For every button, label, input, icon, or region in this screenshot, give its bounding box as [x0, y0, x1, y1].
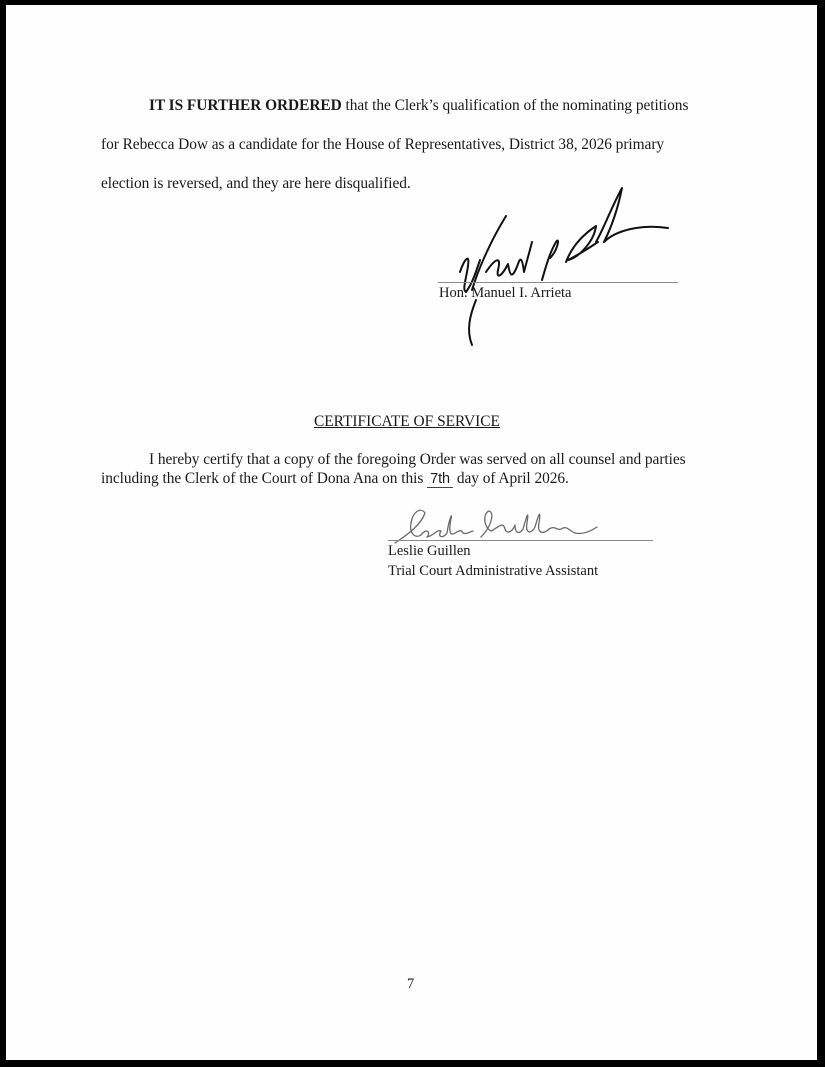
page-number: 7 — [407, 976, 414, 993]
certificate-line-1: I hereby certify that a copy of the fore… — [149, 451, 686, 469]
certificate-line-2: including the Clerk of the Court of Dona… — [101, 470, 569, 488]
order-line-3: election is reversed, and they are here … — [101, 175, 411, 193]
service-day-field: 7th — [427, 472, 453, 488]
order-line-2: for Rebecca Dow as a candidate for the H… — [101, 136, 664, 154]
certificate-heading: CERTIFICATE OF SERVICE — [314, 413, 500, 431]
clerk-name: Leslie Guillen — [388, 543, 471, 560]
certificate-line-2-post: day of April 2026. — [453, 470, 569, 487]
judge-name: Hon. Manuel I. Arrieta — [439, 285, 571, 302]
order-line-1-text: that the Clerk’s qualification of the no… — [342, 97, 689, 114]
certificate-line-2-pre: including the Clerk of the Court of Dona… — [101, 470, 427, 487]
order-line-1: IT IS FURTHER ORDERED that the Clerk’s q… — [149, 97, 688, 115]
order-lead-bold: IT IS FURTHER ORDERED — [149, 97, 342, 114]
judge-signature-icon — [446, 180, 706, 350]
clerk-title: Trial Court Administrative Assistant — [388, 563, 598, 580]
document-page: IT IS FURTHER ORDERED that the Clerk’s q… — [6, 5, 817, 1060]
judge-signature-line — [438, 282, 678, 283]
clerk-signature-line — [388, 540, 653, 541]
